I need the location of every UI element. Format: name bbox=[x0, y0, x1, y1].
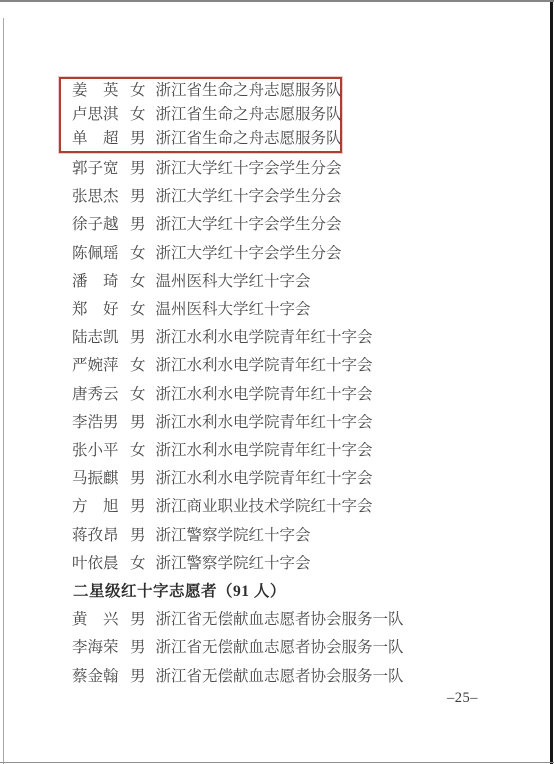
page-number: –25– bbox=[447, 690, 478, 707]
volunteer-gender: 男 bbox=[130, 155, 146, 183]
scan-edge-bottom bbox=[0, 762, 554, 763]
volunteer-name: 单 超 bbox=[72, 127, 119, 151]
volunteer-gender: 男 bbox=[130, 522, 146, 550]
volunteer-row: 蔡金翰 男 浙江省无偿献血志愿者协会服务一队 bbox=[72, 663, 519, 691]
volunteer-organization: 浙江省无偿献血志愿者协会服务一队 bbox=[156, 663, 404, 691]
volunteer-gender: 男 bbox=[130, 465, 146, 493]
volunteer-organization: 浙江警察学院红十字会 bbox=[156, 550, 311, 578]
volunteer-gender: 女 bbox=[130, 103, 146, 127]
volunteer-organization: 浙江水利水电学院青年红十字会 bbox=[156, 381, 373, 409]
volunteer-row: 方 旭 男 浙江商业职业技术学院红十字会 bbox=[72, 493, 519, 521]
volunteer-row: 李浩男 男 浙江水利水电学院青年红十字会 bbox=[72, 409, 519, 437]
volunteer-name: 叶依晨 bbox=[72, 550, 119, 578]
document-page: { "page": { "highlight": { "rows": [ { "… bbox=[0, 0, 554, 764]
volunteer-row: 陆志凯 男 浙江水利水电学院青年红十字会 bbox=[72, 324, 519, 352]
volunteer-list: 姜 英 女 浙江省生命之舟志愿服务队 卢思淇 女 浙江省生命之舟志愿服务队 单 … bbox=[59, 77, 519, 691]
volunteer-row: 叶依晨 女 浙江警察学院红十字会 bbox=[72, 550, 519, 578]
volunteer-name: 蔡金翰 bbox=[72, 663, 119, 691]
star-two-rows: 黄 兴 男 浙江省无偿献血志愿者协会服务一队 李海荣 男 浙江省无偿献血志愿者协… bbox=[72, 606, 519, 691]
volunteer-organization: 浙江警察学院红十字会 bbox=[156, 522, 311, 550]
volunteer-gender: 男 bbox=[130, 663, 146, 691]
volunteer-name: 张小平 bbox=[72, 437, 119, 465]
volunteer-name: 李浩男 bbox=[72, 409, 119, 437]
volunteer-gender: 女 bbox=[130, 437, 146, 465]
volunteer-gender: 女 bbox=[130, 381, 146, 409]
volunteer-organization: 浙江省生命之舟志愿服务队 bbox=[156, 127, 342, 151]
volunteer-name: 马振麒 bbox=[72, 465, 119, 493]
section-heading-two-star: 二星级红十字志愿者（91 人） bbox=[73, 578, 519, 606]
volunteer-row: 黄 兴 男 浙江省无偿献血志愿者协会服务一队 bbox=[72, 606, 519, 634]
scan-edge-right bbox=[550, 2, 553, 764]
highlight-box: 姜 英 女 浙江省生命之舟志愿服务队 卢思淇 女 浙江省生命之舟志愿服务队 单 … bbox=[59, 77, 342, 153]
volunteer-name: 郑 好 bbox=[72, 296, 119, 324]
volunteer-name: 陈佩瑶 bbox=[72, 240, 119, 268]
volunteer-row: 蒋孜昂 男 浙江警察学院红十字会 bbox=[72, 522, 519, 550]
volunteer-organization: 温州医科大学红十字会 bbox=[156, 268, 311, 296]
star-one-rows: 郭子宽 男 浙江大学红十字会学生分会 张思杰 男 浙江大学红十字会学生分会 徐子… bbox=[72, 155, 519, 578]
volunteer-organization: 浙江省生命之舟志愿服务队 bbox=[156, 79, 342, 103]
volunteer-row: 单 超 男 浙江省生命之舟志愿服务队 bbox=[72, 127, 340, 151]
volunteer-row: 郭子宽 男 浙江大学红十字会学生分会 bbox=[72, 155, 519, 183]
volunteer-row: 张思杰 男 浙江大学红十字会学生分会 bbox=[72, 183, 519, 211]
volunteer-organization: 浙江大学红十字会学生分会 bbox=[156, 211, 342, 239]
volunteer-row: 潘 琦 女 温州医科大学红十字会 bbox=[72, 268, 519, 296]
volunteer-gender: 男 bbox=[130, 183, 146, 211]
volunteer-gender: 男 bbox=[130, 211, 146, 239]
volunteer-name: 黄 兴 bbox=[72, 606, 119, 634]
volunteer-gender: 男 bbox=[130, 634, 146, 662]
volunteer-name: 郭子宽 bbox=[72, 155, 119, 183]
volunteer-organization: 浙江商业职业技术学院红十字会 bbox=[156, 493, 373, 521]
volunteer-gender: 男 bbox=[130, 409, 146, 437]
volunteer-name: 严婉萍 bbox=[72, 352, 119, 380]
volunteer-name: 徐子越 bbox=[72, 211, 119, 239]
volunteer-row: 李海荣 男 浙江省无偿献血志愿者协会服务一队 bbox=[72, 634, 519, 662]
volunteer-organization: 浙江水利水电学院青年红十字会 bbox=[156, 352, 373, 380]
volunteer-row: 陈佩瑶 女 浙江大学红十字会学生分会 bbox=[72, 240, 519, 268]
volunteer-organization: 浙江水利水电学院青年红十字会 bbox=[156, 409, 373, 437]
volunteer-gender: 女 bbox=[130, 352, 146, 380]
volunteer-gender: 男 bbox=[130, 127, 146, 151]
volunteer-organization: 温州医科大学红十字会 bbox=[156, 296, 311, 324]
volunteer-name: 陆志凯 bbox=[72, 324, 119, 352]
volunteer-name: 李海荣 bbox=[72, 634, 119, 662]
volunteer-name: 张思杰 bbox=[72, 183, 119, 211]
volunteer-row: 卢思淇 女 浙江省生命之舟志愿服务队 bbox=[72, 103, 340, 127]
volunteer-organization: 浙江水利水电学院青年红十字会 bbox=[156, 324, 373, 352]
volunteer-gender: 女 bbox=[130, 79, 146, 103]
volunteer-row: 马振麒 男 浙江水利水电学院青年红十字会 bbox=[72, 465, 519, 493]
volunteer-row: 唐秀云 女 浙江水利水电学院青年红十字会 bbox=[72, 381, 519, 409]
scan-edge-top bbox=[0, 0, 554, 2]
volunteer-name: 蒋孜昂 bbox=[72, 522, 119, 550]
volunteer-organization: 浙江大学红十字会学生分会 bbox=[156, 183, 342, 211]
volunteer-organization: 浙江水利水电学院青年红十字会 bbox=[156, 465, 373, 493]
volunteer-row: 姜 英 女 浙江省生命之舟志愿服务队 bbox=[72, 79, 340, 103]
volunteer-row: 徐子越 男 浙江大学红十字会学生分会 bbox=[72, 211, 519, 239]
volunteer-gender: 男 bbox=[130, 324, 146, 352]
volunteer-gender: 女 bbox=[130, 550, 146, 578]
volunteer-row: 郑 好 女 温州医科大学红十字会 bbox=[72, 296, 519, 324]
scan-edge-left bbox=[3, 18, 4, 764]
volunteer-gender: 女 bbox=[130, 296, 146, 324]
volunteer-gender: 男 bbox=[130, 606, 146, 634]
volunteer-organization: 浙江大学红十字会学生分会 bbox=[156, 240, 342, 268]
volunteer-organization: 浙江水利水电学院青年红十字会 bbox=[156, 437, 373, 465]
volunteer-name: 姜 英 bbox=[72, 79, 119, 103]
volunteer-organization: 浙江大学红十字会学生分会 bbox=[156, 155, 342, 183]
volunteer-name: 潘 琦 bbox=[72, 268, 119, 296]
volunteer-organization: 浙江省生命之舟志愿服务队 bbox=[156, 103, 342, 127]
volunteer-name: 卢思淇 bbox=[72, 103, 119, 127]
volunteer-organization: 浙江省无偿献血志愿者协会服务一队 bbox=[156, 634, 404, 662]
volunteer-organization: 浙江省无偿献血志愿者协会服务一队 bbox=[156, 606, 404, 634]
volunteer-gender: 女 bbox=[130, 268, 146, 296]
volunteer-name: 方 旭 bbox=[72, 493, 119, 521]
volunteer-name: 唐秀云 bbox=[72, 381, 119, 409]
volunteer-row: 张小平 女 浙江水利水电学院青年红十字会 bbox=[72, 437, 519, 465]
volunteer-row: 严婉萍 女 浙江水利水电学院青年红十字会 bbox=[72, 352, 519, 380]
volunteer-gender: 女 bbox=[130, 240, 146, 268]
volunteer-gender: 男 bbox=[130, 493, 146, 521]
